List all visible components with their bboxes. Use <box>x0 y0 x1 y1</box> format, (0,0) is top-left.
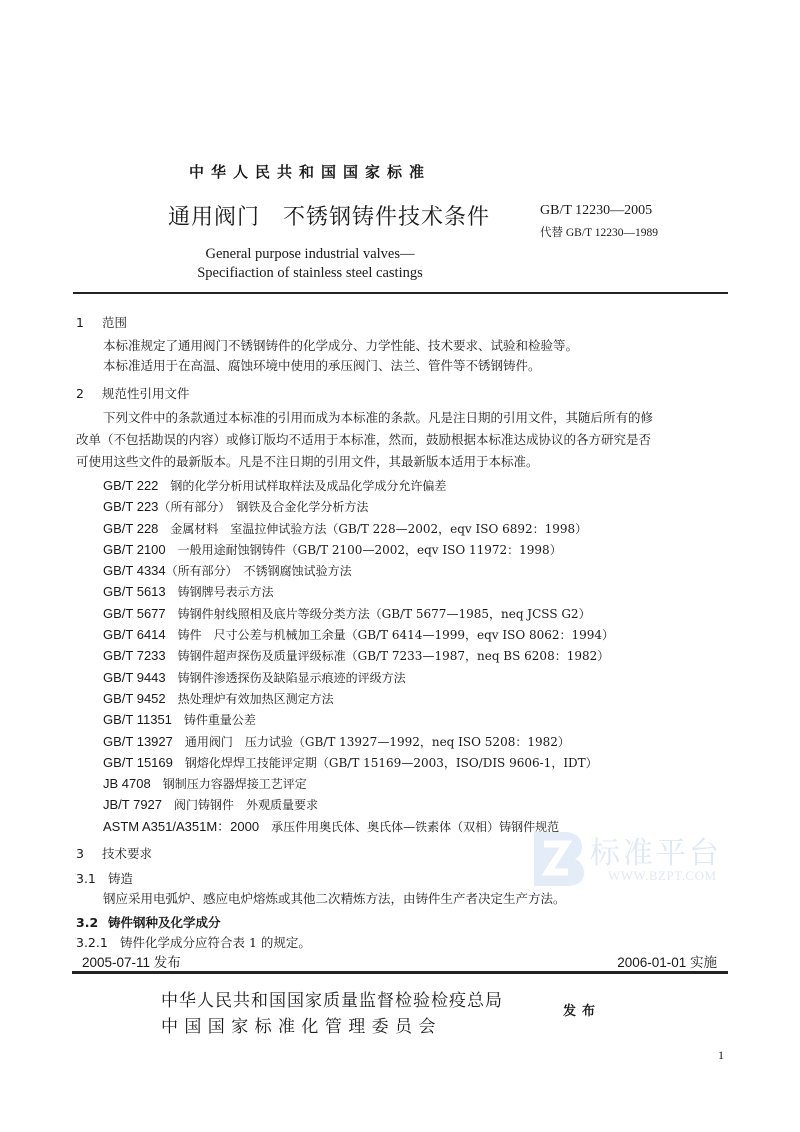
reference-code: GB/T 9443 <box>103 670 166 685</box>
reference-code: GB/T 11351 <box>103 712 172 727</box>
document-title-cn: 通用阀门 不锈钢铸件技术条件 <box>168 200 490 231</box>
section-number: 1 <box>76 315 102 330</box>
reference-title: 金属材料 室温拉伸试验方法（GB/T 228—2002，eqv ISO 6892… <box>158 522 587 536</box>
reference-title: （所有部分） 不锈钢腐蚀试验方法 <box>166 564 352 578</box>
reference-code: ASTM A351/A351M：2000 <box>103 819 259 834</box>
reference-title: （所有部分） 钢铁及合金化学分析方法 <box>158 500 368 514</box>
reference-item: GB/T 5613 铸钢牌号表示方法 <box>103 582 614 603</box>
watermark-text: 标准平台 <box>590 828 722 872</box>
reference-item: GB/T 4334（所有部分） 不锈钢腐蚀试验方法 <box>103 561 614 582</box>
reference-code: GB/T 5677 <box>103 606 166 621</box>
reference-item: GB/T 222 钢的化学分析用试样取样法及成品化学成分允许偏差 <box>103 476 614 497</box>
document-title-en: General purpose industrial valves— Speci… <box>0 245 620 283</box>
reference-code: JB/T 7927 <box>103 797 162 812</box>
reference-code: GB/T 15169 <box>103 755 173 770</box>
standard-number: GB/T 12230—2005 <box>540 203 652 219</box>
section-number: 3.2.1 <box>76 933 120 953</box>
header-divider <box>73 292 728 294</box>
section-number: 3 <box>76 846 102 861</box>
reference-code: GB/T 9452 <box>103 691 166 706</box>
watermark: 标准平台 WWW.BZPT.COM <box>530 828 730 892</box>
section-2-intro-line-3: 可使用这些文件的最新版本。凡是不注日期的引用文件，其最新版本适用于本标准。 <box>76 452 539 472</box>
reference-title: 一般用途耐蚀钢铸件（GB/T 2100—2002，eqv ISO 11972：1… <box>166 543 562 557</box>
section-text: 铸件化学成分应符合表 1 的规定。 <box>120 935 311 950</box>
section-2-intro-line-2: 改单（不包括勘误的内容）或修订版均不适用于本标准，然而，鼓励根据本标准达成协议的… <box>76 430 651 450</box>
section-2-intro-line-1: 下列文件中的条款通过本标准的引用而成为本标准的条款。凡是注日期的引用文件，其随后… <box>103 408 653 428</box>
reference-title: 铸钢牌号表示方法 <box>166 585 274 599</box>
reference-title: 钢制压力容器焊接工艺评定 <box>151 777 307 791</box>
reference-item: GB/T 9443 铸钢件渗透探伤及缺陷显示痕迹的评级方法 <box>103 668 614 689</box>
reference-title: 铸钢件渗透探伤及缺陷显示痕迹的评级方法 <box>166 671 406 685</box>
reference-title: 通用阀门 压力试验（GB/T 13927—1992，neq ISO 5208：1… <box>173 735 570 749</box>
reference-item: GB/T 11351 铸件重量公差 <box>103 710 614 731</box>
reference-item: JB 4708 钢制压力容器焊接工艺评定 <box>103 774 614 795</box>
section-number: 2 <box>76 386 102 401</box>
section-3-1-text: 钢应采用电弧炉、感应电炉熔炼或其他二次精炼方法，由铸件生产者决定生产方法。 <box>103 889 566 909</box>
section-1-para-2: 本标准适用于在高温、腐蚀环境中使用的承压阀门、法兰、管件等不锈钢铸件。 <box>103 356 541 376</box>
reference-code: GB/T 223 <box>103 499 158 514</box>
reference-code: GB/T 2100 <box>103 542 166 557</box>
reference-code: GB/T 4334 <box>103 563 166 578</box>
publisher-sac: 中 国 国 家 标 准 化 管 理 委 员 会 <box>161 1012 436 1037</box>
reference-code: GB/T 7233 <box>103 648 166 663</box>
section-1-heading: 1范围 <box>76 313 127 331</box>
reference-title: 铸件 尺寸公差与机械加工余量（GB/T 6414—1999，eqv ISO 80… <box>166 628 614 642</box>
title-en-line1: General purpose industrial valves— <box>0 245 620 264</box>
issue-date: 2005-07-11 发布 <box>82 951 181 971</box>
section-number: 3.2 <box>76 915 108 930</box>
reference-item: GB/T 13927 通用阀门 压力试验（GB/T 13927—1992，neq… <box>103 732 614 753</box>
bzpt-logo-icon <box>530 830 586 888</box>
section-2-heading: 2规范性引用文件 <box>76 384 190 402</box>
reference-code: GB/T 228 <box>103 521 158 536</box>
section-title: 技术要求 <box>102 846 152 861</box>
reference-item: GB/T 223（所有部分） 钢铁及合金化学分析方法 <box>103 497 614 518</box>
reference-title: 铸件重量公差 <box>172 713 256 727</box>
reference-title: 阀门铸钢件 外观质量要求 <box>162 798 318 812</box>
footer-divider <box>72 971 728 974</box>
effective-date: 2006-01-01 实施 <box>617 951 717 971</box>
reference-title: 钢熔化焊焊工技能评定期（GB/T 15169—2003，ISO/DIS 9606… <box>173 756 598 770</box>
national-standard-label: 中华人民共和国国家标准 <box>0 161 620 182</box>
reference-item: GB/T 15169 钢熔化焊焊工技能评定期（GB/T 15169—2003，I… <box>103 753 614 774</box>
reference-code: GB/T 222 <box>103 478 158 493</box>
reference-item: GB/T 6414 铸件 尺寸公差与机械加工余量（GB/T 6414—1999，… <box>103 625 614 646</box>
section-3-1-heading: 3.1铸造 <box>76 869 133 887</box>
section-3-2-1: 3.2.1铸件化学成分应符合表 1 的规定。 <box>76 933 311 953</box>
publisher-aqsiq: 中华人民共和国国家质量监督检验检疫总局 <box>161 986 503 1011</box>
reference-code: GB/T 5613 <box>103 584 166 599</box>
reference-title: 铸钢件射线照相及底片等级分类方法（GB/T 5677—1985，neq JCSS… <box>166 607 591 621</box>
section-title: 范围 <box>102 315 127 330</box>
reference-item: GB/T 2100 一般用途耐蚀钢铸件（GB/T 2100—2002，eqv I… <box>103 540 614 561</box>
title-en-line2: Specifiaction of stainless steel casting… <box>0 264 620 283</box>
normative-references-list: GB/T 222 钢的化学分析用试样取样法及成品化学成分允许偏差 GB/T 22… <box>103 476 614 838</box>
reference-item: GB/T 7233 铸钢件超声探伤及质量评级标准（GB/T 7233—1987，… <box>103 646 614 667</box>
reference-title: 热处理炉有效加热区测定方法 <box>166 692 334 706</box>
reference-code: JB 4708 <box>103 776 151 791</box>
section-3-heading: 3技术要求 <box>76 844 152 862</box>
section-3-2-heading: 3.2铸件钢种及化学成分 <box>76 913 221 931</box>
reference-item: GB/T 5677 铸钢件射线照相及底片等级分类方法（GB/T 5677—198… <box>103 604 614 625</box>
reference-code: GB/T 6414 <box>103 627 166 642</box>
section-title: 铸造 <box>108 871 133 886</box>
watermark-url: WWW.BZPT.COM <box>608 868 717 884</box>
reference-code: GB/T 13927 <box>103 734 173 749</box>
reference-item: GB/T 228 金属材料 室温拉伸试验方法（GB/T 228—2002，eqv… <box>103 519 614 540</box>
replaces-standard: 代替 GB/T 12230—1989 <box>540 224 658 240</box>
page-number: 1 <box>718 1048 724 1063</box>
reference-title: 铸钢件超声探伤及质量评级标准（GB/T 7233—1987，neq BS 620… <box>166 649 610 663</box>
section-1-para-1: 本标准规定了通用阀门不锈钢铸件的化学成分、力学性能、技术要求、试验和检验等。 <box>103 336 578 356</box>
reference-title: 承压件用奥氏体、奥氏体—铁素体（双相）铸钢件规范 <box>259 820 559 834</box>
section-title: 铸件钢种及化学成分 <box>108 915 221 930</box>
section-number: 3.1 <box>76 871 108 886</box>
publish-label: 发布 <box>563 1000 601 1019</box>
reference-item: JB/T 7927 阀门铸钢件 外观质量要求 <box>103 795 614 816</box>
reference-title: 钢的化学分析用试样取样法及成品化学成分允许偏差 <box>158 479 446 493</box>
reference-item: GB/T 9452 热处理炉有效加热区测定方法 <box>103 689 614 710</box>
section-title: 规范性引用文件 <box>102 386 190 401</box>
